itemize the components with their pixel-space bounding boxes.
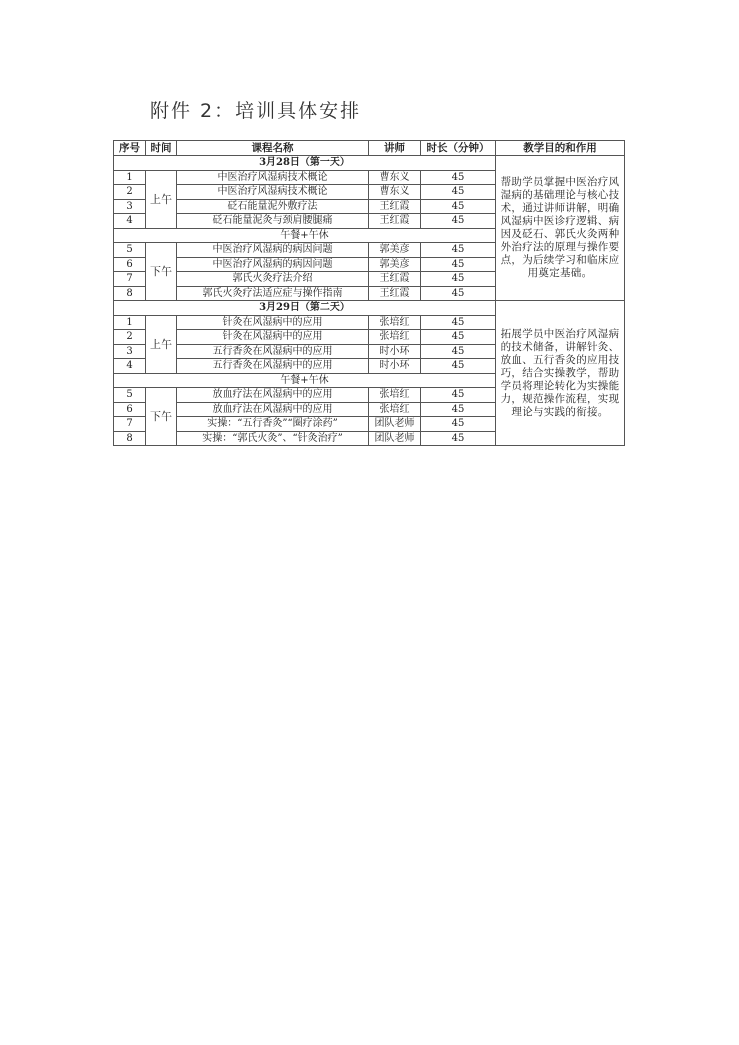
row-no: 5: [114, 388, 146, 403]
row-course: 五行香灸在风湿病中的应用: [177, 359, 369, 374]
row-no: 4: [114, 214, 146, 229]
row-no: 5: [114, 243, 146, 258]
row-no: 3: [114, 199, 146, 214]
day-row: 3月29日（第二天） 拓展学员中医治疗风湿病的技术储备，讲解针灸、放血、五行香灸…: [114, 301, 625, 316]
row-course: 中医治疗风湿病的病因问题: [177, 243, 369, 258]
row-duration: 45: [421, 272, 496, 287]
row-course: 郭氏火灸疗法适应症与操作指南: [177, 286, 369, 301]
row-lecturer: 郭美彦: [369, 243, 421, 258]
row-duration: 45: [421, 170, 496, 185]
row-duration: 45: [421, 315, 496, 330]
row-course: 砭石能量泥灸与颈肩腰腿痛: [177, 214, 369, 229]
header-row: 序号 时间 课程名称 讲师 时长（分钟） 教学目的和作用: [114, 141, 625, 156]
row-duration: 45: [421, 417, 496, 432]
row-no: 8: [114, 431, 146, 446]
row-lecturer: 时小环: [369, 344, 421, 359]
lunch-break: 午餐+午休: [114, 373, 496, 388]
row-lecturer: 王红霞: [369, 286, 421, 301]
row-lecturer: 王红霞: [369, 272, 421, 287]
period-afternoon: 下午: [146, 388, 177, 446]
day-purpose: 拓展学员中医治疗风湿病的技术储备，讲解针灸、放血、五行香灸的应用技巧，结合实操教…: [496, 301, 625, 446]
row-duration: 45: [421, 243, 496, 258]
row-duration: 45: [421, 402, 496, 417]
row-no: 4: [114, 359, 146, 374]
period-morning: 上午: [146, 170, 177, 228]
period-afternoon: 下午: [146, 243, 177, 301]
row-course: 中医治疗风湿病技术概论: [177, 185, 369, 200]
row-no: 7: [114, 417, 146, 432]
row-duration: 45: [421, 199, 496, 214]
row-duration: 45: [421, 359, 496, 374]
row-lecturer: 团队老师: [369, 431, 421, 446]
row-lecturer: 曹东义: [369, 170, 421, 185]
day-row: 3月28日（第一天） 帮助学员掌握中医治疗风湿病的基础理论与核心技术，通过讲师讲…: [114, 156, 625, 171]
row-lecturer: 张培红: [369, 315, 421, 330]
row-lecturer: 王红霞: [369, 214, 421, 229]
row-course: 郭氏火灸疗法介绍: [177, 272, 369, 287]
row-lecturer: 王红霞: [369, 199, 421, 214]
row-course: 实操：“郭氏火灸”、“针灸治疗”: [177, 431, 369, 446]
header-lecturer: 讲师: [369, 141, 421, 156]
row-duration: 45: [421, 214, 496, 229]
row-no: 2: [114, 185, 146, 200]
page-title: 附件 2：培训具体安排: [150, 96, 361, 123]
header-purpose: 教学目的和作用: [496, 141, 625, 156]
row-course: 针灸在风湿病中的应用: [177, 315, 369, 330]
row-lecturer: 张培红: [369, 402, 421, 417]
row-no: 3: [114, 344, 146, 359]
lunch-break: 午餐+午休: [114, 228, 496, 243]
day-date: 3月28日（第一天）: [114, 156, 496, 171]
row-duration: 45: [421, 431, 496, 446]
day-date: 3月29日（第二天）: [114, 301, 496, 316]
schedule-table: 序号 时间 课程名称 讲师 时长（分钟） 教学目的和作用 3月28日（第一天） …: [113, 140, 625, 446]
row-lecturer: 团队老师: [369, 417, 421, 432]
row-duration: 45: [421, 257, 496, 272]
row-course: 实操：“五行香灸”“圈疗涂药”: [177, 417, 369, 432]
header-no: 序号: [114, 141, 146, 156]
row-lecturer: 曹东义: [369, 185, 421, 200]
header-duration: 时长（分钟）: [421, 141, 496, 156]
row-no: 6: [114, 402, 146, 417]
row-course: 中医治疗风湿病技术概论: [177, 170, 369, 185]
row-lecturer: 张培红: [369, 388, 421, 403]
row-course: 中医治疗风湿病的病因问题: [177, 257, 369, 272]
row-course: 放血疗法在风湿病中的应用: [177, 388, 369, 403]
day-purpose: 帮助学员掌握中医治疗风湿病的基础理论与核心技术，通过讲师讲解，明确风湿病中医诊疗…: [496, 156, 625, 301]
row-duration: 45: [421, 185, 496, 200]
row-course: 砭石能量泥外敷疗法: [177, 199, 369, 214]
row-lecturer: 时小环: [369, 359, 421, 374]
row-duration: 45: [421, 286, 496, 301]
row-no: 1: [114, 170, 146, 185]
row-no: 8: [114, 286, 146, 301]
row-no: 7: [114, 272, 146, 287]
row-lecturer: 郭美彦: [369, 257, 421, 272]
header-course: 课程名称: [177, 141, 369, 156]
period-morning: 上午: [146, 315, 177, 373]
row-no: 1: [114, 315, 146, 330]
row-no: 2: [114, 330, 146, 345]
row-course: 五行香灸在风湿病中的应用: [177, 344, 369, 359]
row-no: 6: [114, 257, 146, 272]
row-course: 针灸在风湿病中的应用: [177, 330, 369, 345]
row-duration: 45: [421, 388, 496, 403]
row-course: 放血疗法在风湿病中的应用: [177, 402, 369, 417]
row-duration: 45: [421, 330, 496, 345]
row-lecturer: 张培红: [369, 330, 421, 345]
header-time: 时间: [146, 141, 177, 156]
row-duration: 45: [421, 344, 496, 359]
